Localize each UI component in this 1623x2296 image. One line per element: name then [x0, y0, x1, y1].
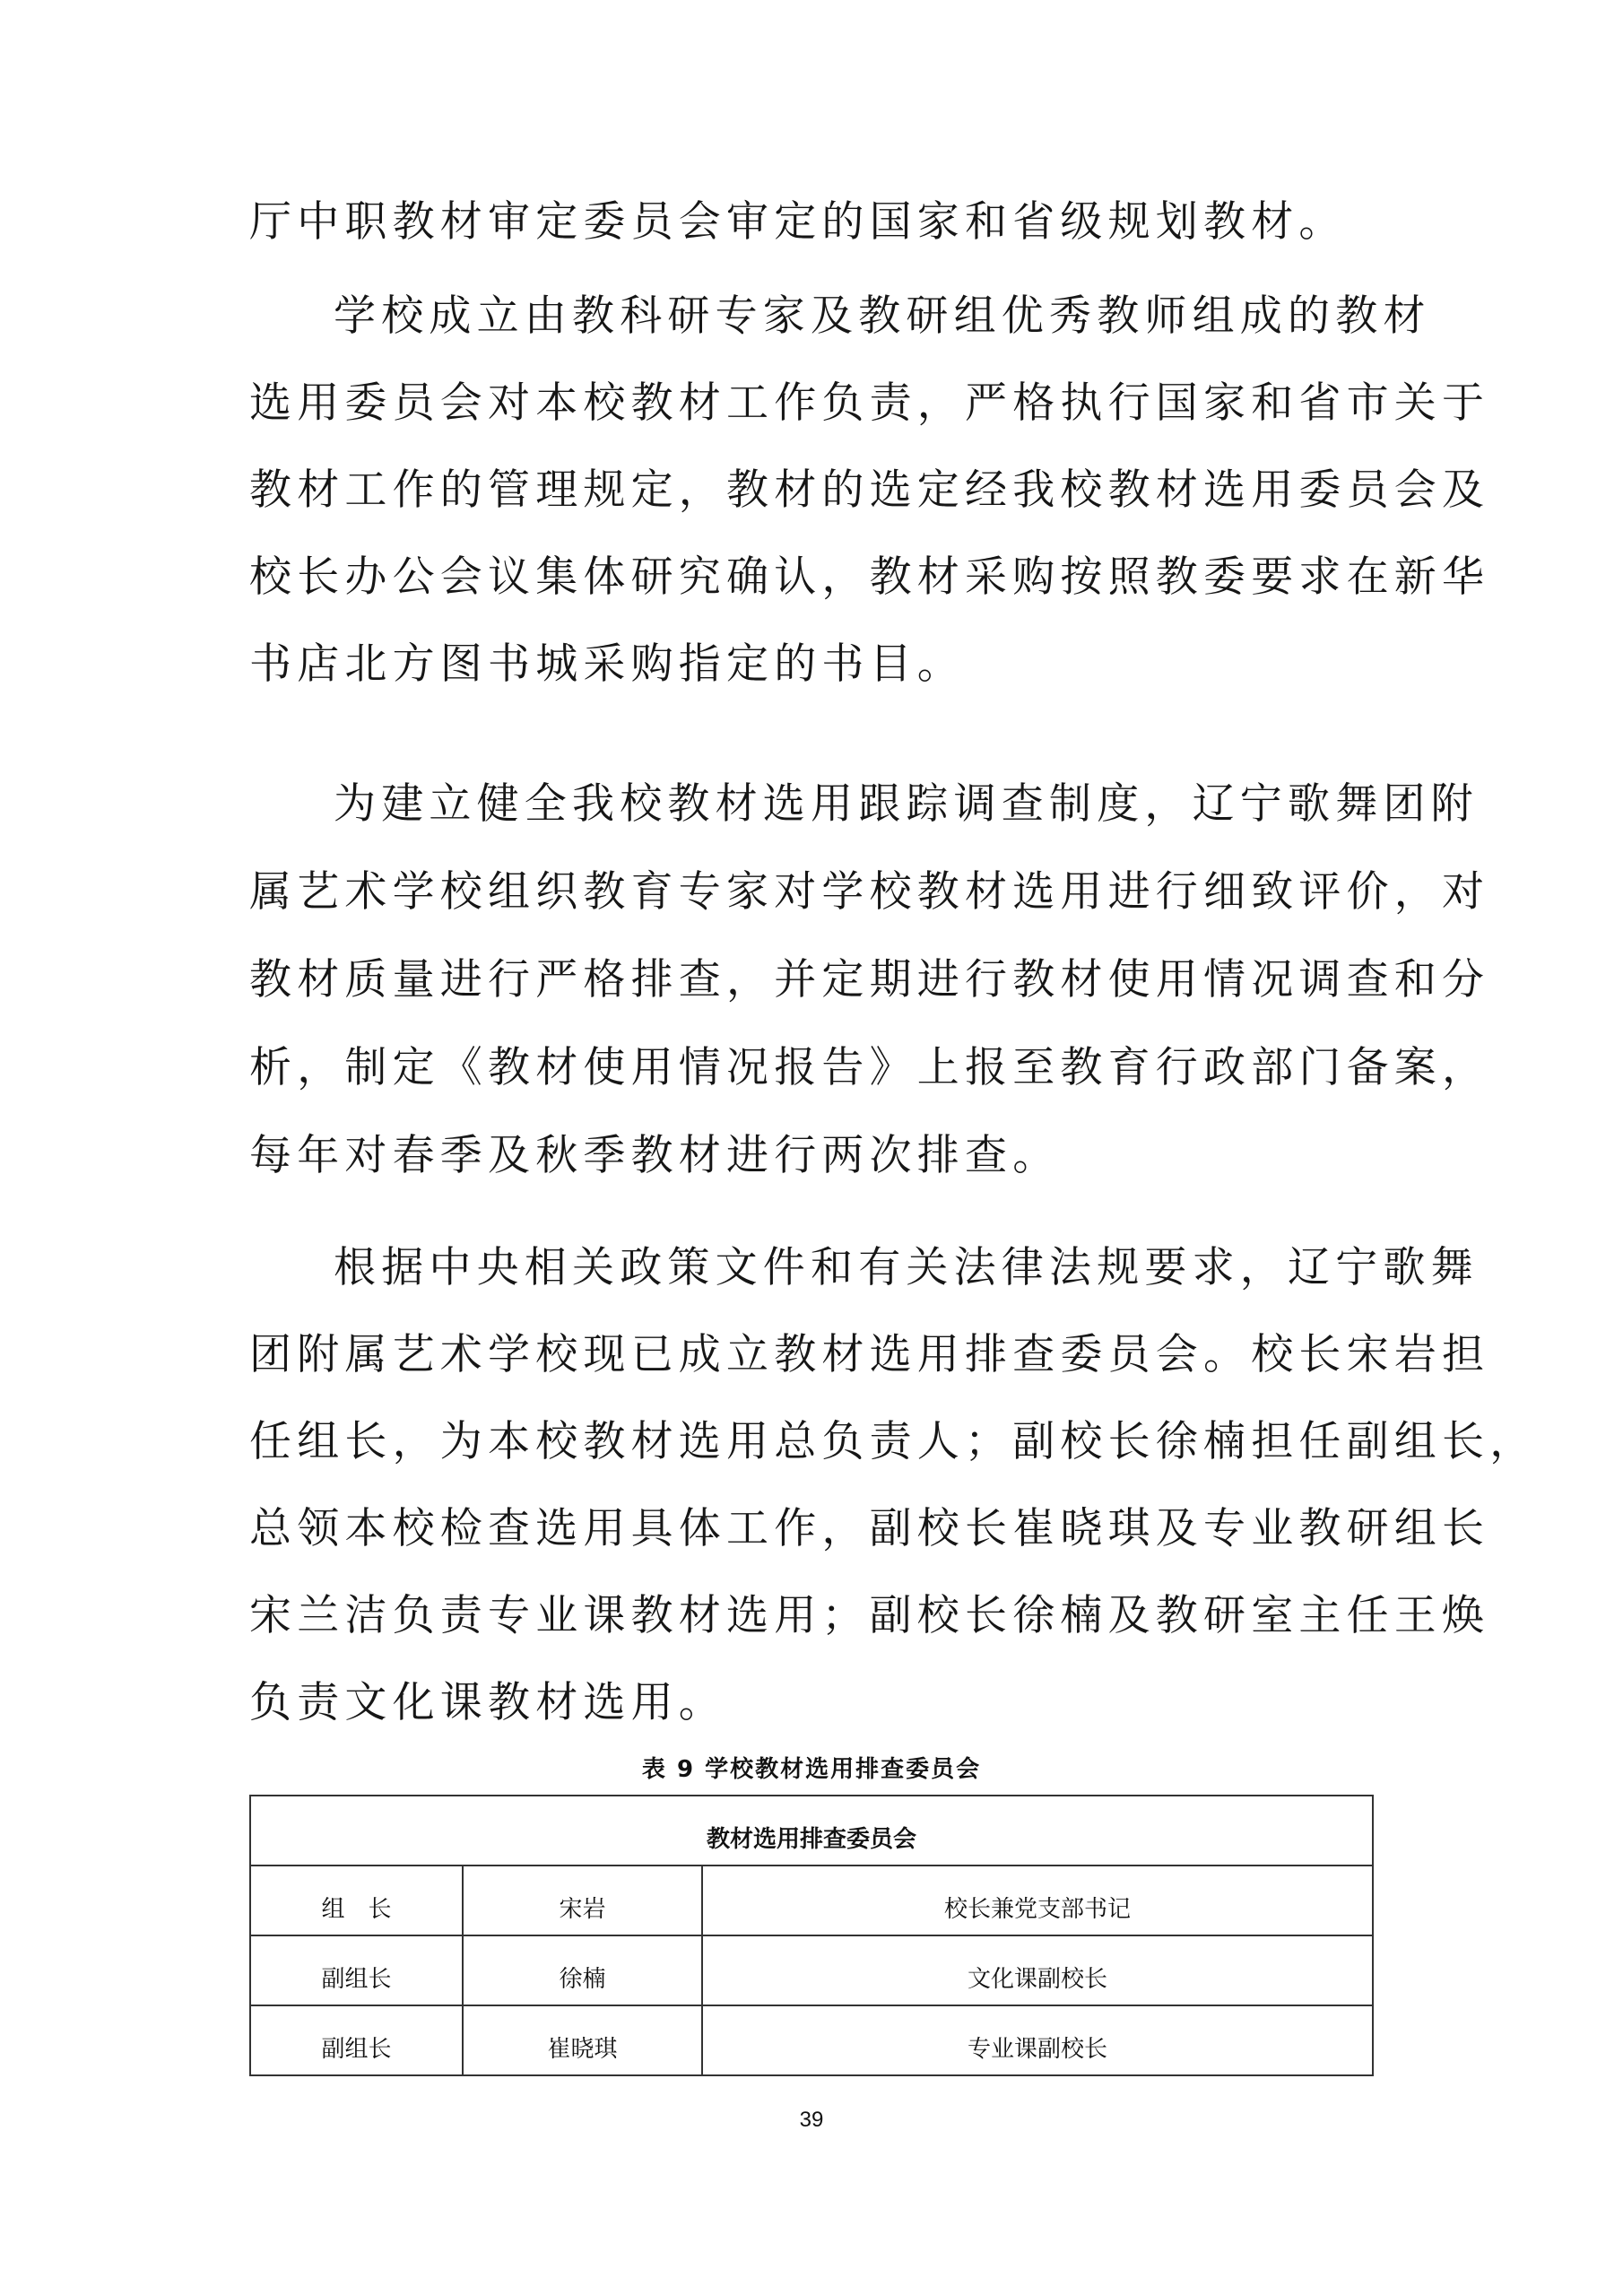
paragraph-4-line-5: 宋兰洁负责专业课教材选用；副校长徐楠及教研室主任王焕: [249, 1589, 1489, 1643]
table-row: 组 长 宋岩 校长兼党支部书记: [250, 1865, 1373, 1935]
paragraph-3-line-2: 属艺术学校组织教育专家对学校教材选用进行细致评价，对: [249, 865, 1489, 919]
role-cell: 副组长: [250, 1935, 463, 2005]
name-cell: 崔晓琪: [463, 2005, 702, 2075]
role-cell: 组 长: [250, 1865, 463, 1935]
title-cell: 文化课副校长: [702, 1935, 1373, 2005]
name-cell: 徐楠: [463, 1935, 702, 2005]
committee-table: 教材选用排查委员会 组 长 宋岩 校长兼党支部书记 副组长 徐楠 文化课副校长 …: [249, 1795, 1374, 2076]
paragraph-4-line-4: 总领本校检查选用具体工作，副校长崔晓琪及专业教研组长: [249, 1502, 1489, 1556]
paragraph-4-line-2: 团附属艺术学校现已成立教材选用排查委员会。校长宋岩担: [249, 1328, 1489, 1382]
paragraph-2-line-4: 校长办公会议集体研究确认，教材采购按照教委要求在新华: [249, 551, 1489, 604]
table-header-cell: 教材选用排查委员会: [250, 1796, 1373, 1865]
paragraph-2-line-1: 学校成立由教科研专家及教研组优秀教师组成的教材: [334, 290, 1431, 344]
role-cell: 副组长: [250, 2005, 463, 2075]
title-cell: 专业课副校长: [702, 2005, 1373, 2075]
table-caption: 表 9 学校教材选用排查委员会: [0, 1751, 1623, 1784]
paragraph-3-line-1: 为建立健全我校教材选用跟踪调查制度，辽宁歌舞团附: [334, 778, 1479, 831]
table-row: 副组长 徐楠 文化课副校长: [250, 1935, 1373, 2005]
document-page: 厅中职教材审定委员会审定的国家和省级规划教材。 学校成立由教科研专家及教研组优秀…: [0, 0, 1623, 2296]
paragraph-2-line-5: 书店北方图书城采购指定的书目。: [249, 638, 965, 691]
paragraph-1-line-1: 厅中职教材审定委员会审定的国家和省级规划教材。: [249, 196, 1347, 249]
paragraph-4-line-1: 根据中央相关政策文件和有关法律法规要求，辽宁歌舞: [334, 1241, 1479, 1295]
paragraph-4-line-3: 任组长，为本校教材选用总负责人；副校长徐楠担任副组长，: [249, 1415, 1537, 1469]
paragraph-3-line-4: 析，制定《教材使用情况报告》上报至教育行政部门备案，: [249, 1041, 1489, 1095]
paragraph-2-line-3: 教材工作的管理规定，教材的选定经我校教材选用委员会及: [249, 464, 1489, 517]
name-cell: 宋岩: [463, 1865, 702, 1935]
paragraph-2-line-2: 选用委员会对本校教材工作负责，严格执行国家和省市关于: [249, 377, 1489, 430]
paragraph-3-line-3: 教材质量进行严格排查，并定期进行教材使用情况调查和分: [249, 953, 1489, 1007]
paragraph-3-line-5: 每年对春季及秋季教材进行两次排查。: [249, 1129, 1060, 1183]
title-cell: 校长兼党支部书记: [702, 1865, 1373, 1935]
table-header-row: 教材选用排查委员会: [250, 1796, 1373, 1865]
table-row: 副组长 崔晓琪 专业课副校长: [250, 2005, 1373, 2075]
page-number: 39: [0, 2108, 1623, 2133]
paragraph-4-line-6: 负责文化课教材选用。: [249, 1676, 726, 1730]
